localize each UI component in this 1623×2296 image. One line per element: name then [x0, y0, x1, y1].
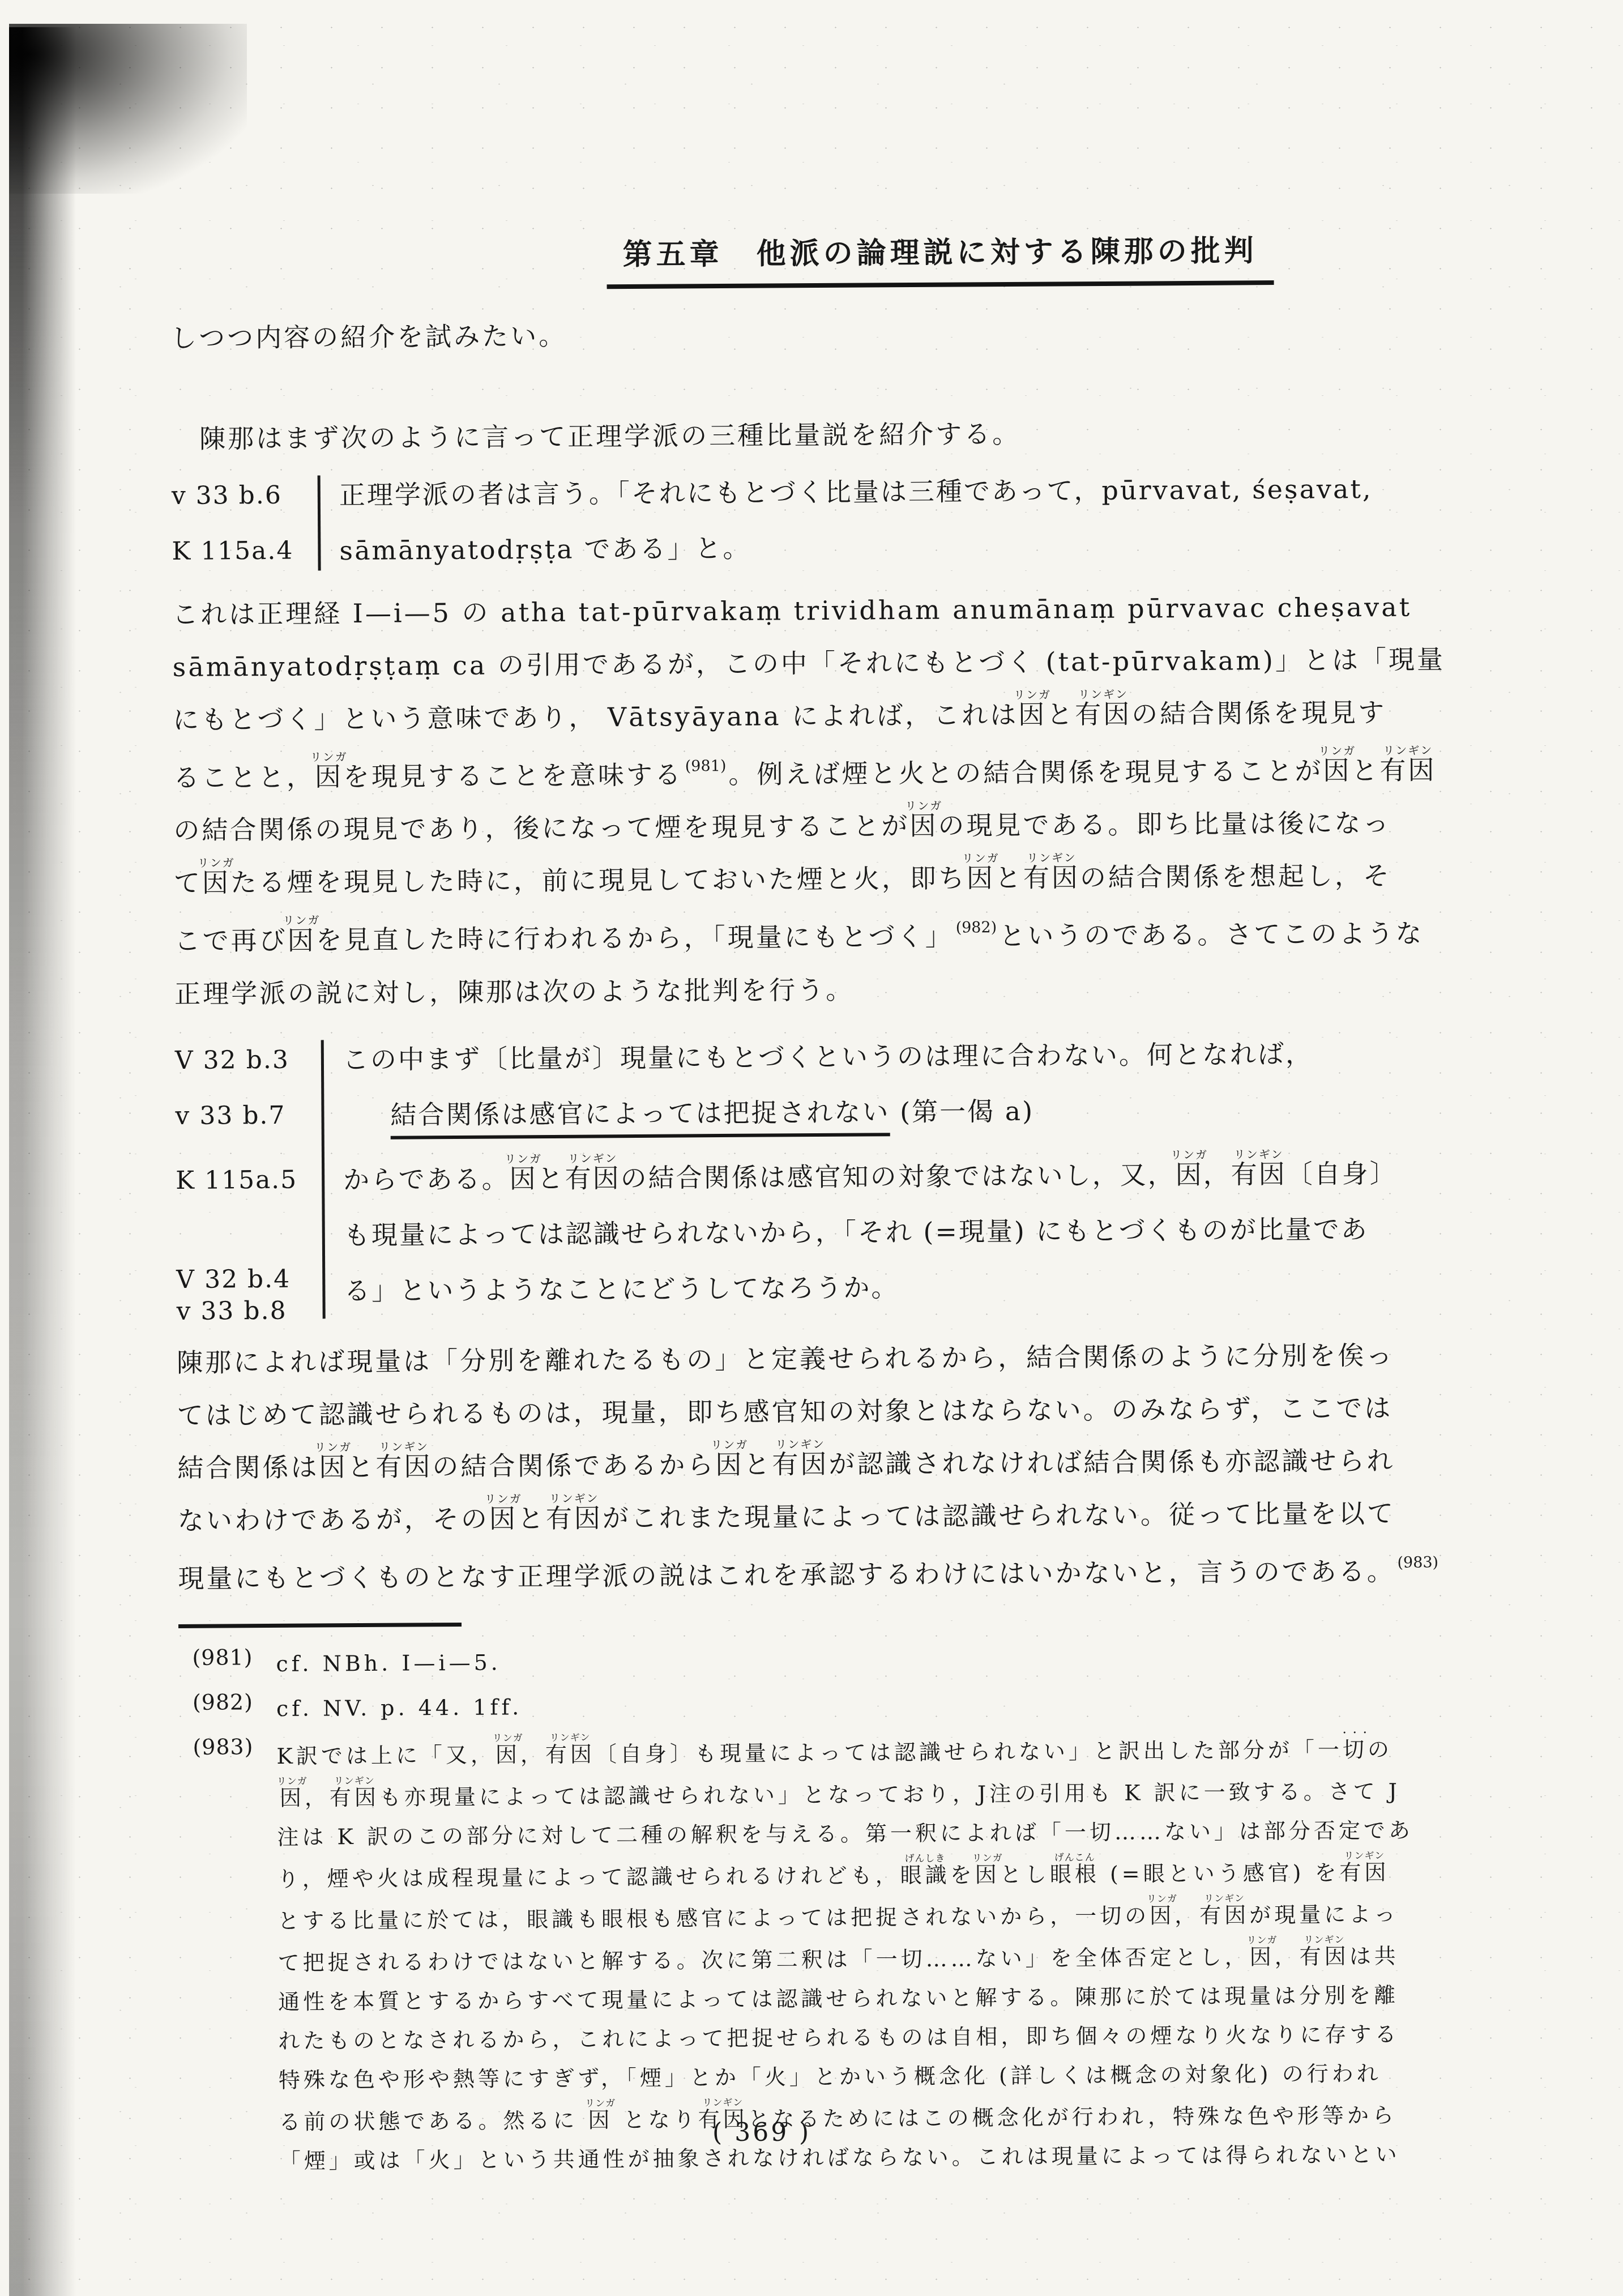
- footnote-line: 「煙」或は「火」という共通性が抽象されなければならない。これは現量によっては得ら…: [279, 2135, 1484, 2181]
- footnote-line: れたものとなされるから，これによって把捉せられるものは自相，即ち個々の煙なり火な…: [278, 2015, 1483, 2061]
- furigana-term: 眼識げんしき: [900, 1863, 950, 1888]
- quote-row: K 115a.4sāmānyatodṛṣṭa である」と。: [172, 516, 1475, 579]
- text-line: sāmānyatodṛṣṭaṃ ca の引用であるが，この中「それにもとづく (…: [172, 633, 1475, 694]
- text-line: てはじめて認識せられるものは，現量，即ち感官知の対象とはならない。のみならず，こ…: [177, 1381, 1480, 1442]
- furigana-term: 因リンガ: [909, 810, 938, 841]
- text-line: 現量にもとづくものとなす正理学派の説はこれを承認するわけにはいかないと，言うので…: [178, 1539, 1481, 1605]
- footnote-line: 注は K 訳のこの部分に対して二種の解釈を与える。第一釈によれば「一切……ない」…: [277, 1811, 1482, 1857]
- margin-ref-label: K 115a.4: [172, 523, 314, 579]
- scanned-book-page: 第五章 他派の論理説に対する陳那の批判 しつつ内容の紹介を試みたい。 陳那はまず…: [0, 0, 1623, 2296]
- footnote-body: K訳では上に「又，因リンガ，有因リンギン〔自身〕も現量によっては認識せられない」…: [276, 1727, 1484, 2181]
- footnote-body: cf. NV. p. 44. 1ff.: [276, 1682, 1481, 1729]
- furigana-term: 因リンガ: [202, 868, 230, 898]
- text-line: ないわけであるが，その因リンガと有因リンギンがこれまた現量によっては認識せられな…: [178, 1487, 1481, 1547]
- paragraph-2: 陳那によれば現量は「分別を離れたるもの」と定義せられるから，結合関係のように分別…: [177, 1329, 1481, 1605]
- footnote-line: cf. NBh. I—i—5.: [276, 1637, 1481, 1684]
- furigana-term: 有因リンギン: [1339, 1860, 1389, 1885]
- quote-text: この中まず〔比量が〕現量にもとづくというのは理に合わない。何となれば，: [317, 1026, 1314, 1087]
- furigana-term: 因リンガ: [287, 925, 315, 955]
- furigana-term: 一切の・・・: [1318, 1737, 1393, 1762]
- quote-row: V 32 b.3この中まず〔比量が〕現量にもとづくというのは理に合わない。何とな…: [175, 1025, 1478, 1089]
- furigana-term: 有因リンギン: [546, 1503, 603, 1534]
- margin-ref-label: K 115a.5: [176, 1152, 318, 1209]
- furigana-term: 有因リンギン: [772, 1449, 828, 1480]
- furigana-term: 因リンガ: [315, 761, 343, 792]
- footnote-number: (981): [192, 1645, 276, 1684]
- furigana-term: 有因リンギン: [330, 1785, 379, 1811]
- quote-row: v 33 b.7結合関係は感官によっては把捉されない (第一偈 a): [175, 1081, 1478, 1144]
- quote-text: sāmānyatodṛṣṭa である」と。: [313, 520, 750, 579]
- furigana-term: 有因リンギン: [375, 1451, 432, 1482]
- footnote: (982)cf. NV. p. 44. 1ff.: [193, 1682, 1481, 1729]
- furigana-term: 因リンガ: [975, 1862, 1000, 1887]
- text-line: 陳那によれば現量は「分別を離れたるもの」と定義せられるから，結合関係のように分別…: [177, 1329, 1480, 1389]
- footnote-line: とする比量に於ては，眼識も眼根も感官によっては把捉されないから，一切の因リンガ，…: [277, 1892, 1483, 1941]
- footnote: (983)K訳では上に「又，因リンガ，有因リンギン〔自身〕も現量によっては認識せ…: [193, 1727, 1484, 2182]
- quote-block-2: V 32 b.3この中まず〔比量が〕現量にもとづくというのは理に合わない。何とな…: [175, 1025, 1479, 1328]
- furigana-term: 有因リンギン: [1199, 1902, 1249, 1928]
- footnote-line: 特殊な色や形や熱等にすぎず，「煙」とか「火」とかいう概念化 (詳しくは概念の対象…: [279, 2054, 1484, 2100]
- furigana-term: 因リンガ: [715, 1449, 744, 1480]
- footnote-line: 通性を本質とするからすべて現量によっては認識せられないと解する。陳那に於ては現量…: [278, 1975, 1483, 2022]
- furigana-term: 有因リンギン: [1379, 755, 1436, 786]
- furigana-term: 因リンガ: [496, 1742, 520, 1767]
- chapter-title: 第五章 他派の論理説に対する陳那の批判: [607, 227, 1274, 289]
- footnote-line: 因リンガ，有因リンギンも亦現量によっては認識せられない」となっており，J注の引用…: [277, 1769, 1482, 1818]
- margin-ref-label: [176, 1207, 318, 1264]
- page-content: 第五章 他派の論理説に対する陳那の批判 しつつ内容の紹介を試みたい。 陳那はまず…: [170, 225, 1484, 2187]
- quote-row: K 115a.5からである。因リンガと有因リンギンの結合関係は感官知の対象ではな…: [176, 1145, 1479, 1209]
- opening-line: しつつ内容の紹介を試みたい。: [170, 313, 1473, 355]
- furigana-term: 有因リンギン: [1023, 863, 1080, 894]
- footnote-ref: (983): [1397, 1554, 1438, 1571]
- text-line: ることと，因リンガを現見することを意味する(981)。例えば煙と火との結合関係を…: [173, 739, 1476, 804]
- furigana-term: 有因リンギン: [1075, 699, 1131, 730]
- quote-text: も現量によっては認識せられないから，「それ (=現量) にもとづくものが比量であ: [318, 1201, 1369, 1263]
- quote-text: からである。因リンガと有因リンギンの結合関係は感官知の対象ではないし，又，因リン…: [317, 1145, 1398, 1207]
- quote-row: v 33 b.6正理学派の者は言う。「それにもとづく比量は三種であって，pūrv…: [172, 460, 1475, 524]
- footnotes-section: (981)cf. NBh. I—i—5.(982)cf. NV. p. 44. …: [192, 1637, 1484, 2182]
- text-line: にもとづく」という意味であり， Vātsyāyana によれば，これは因リンガと…: [173, 686, 1476, 746]
- footnote-line: り，煙や火は成程現量によって認識せられるけれども，眼識げんしきを因リンガとし眼根…: [277, 1850, 1483, 1899]
- scan-corner-artifact: [9, 24, 247, 194]
- margin-ref-label: v 33 b.6: [172, 467, 314, 524]
- margin-ref-label: V 32 b.4v 33 b.8: [176, 1263, 318, 1328]
- furigana-term: 眼根げんこん: [1050, 1862, 1100, 1887]
- furigana-term: 因リンガ: [319, 1452, 347, 1482]
- furigana-term: 因リンガ: [588, 2107, 613, 2132]
- footnote-number: (983): [193, 1734, 279, 2182]
- scan-binding-artifact: [9, 27, 76, 2296]
- footnote-line: K訳では上に「又，因リンガ，有因リンギン〔自身〕も現量によっては認識せられない」…: [276, 1727, 1481, 1776]
- footnote-line: る前の状態である。然るに 因リンガ となり有因リンギンとなるためにはこの概念化が…: [279, 2093, 1484, 2142]
- text-line: 結合関係は因リンガと有因リンギンの結合関係であるから因リンガと有因リンギンが認識…: [177, 1434, 1480, 1495]
- furigana-term: 有因リンギン: [565, 1163, 621, 1194]
- furigana-term: 因リンガ: [1250, 1944, 1275, 1969]
- quote-row: も現量によっては認識せられないから，「それ (=現量) にもとづくものが比量であ: [176, 1201, 1479, 1264]
- margin-ref-label: v 33 b.7: [175, 1087, 317, 1144]
- margin-ref-label: V 32 b.3: [175, 1032, 317, 1089]
- paragraph-1: これは正理経 I—i—5 の atha tat-pūrvakaṃ trividh…: [172, 581, 1477, 1021]
- furigana-term: 因リンガ: [1323, 756, 1351, 786]
- footnote-body: cf. NBh. I—i—5.: [276, 1637, 1481, 1684]
- text-line: 正理学派の説に対し，陳那は次のような批判を行う。: [174, 960, 1477, 1021]
- furigana-term: 有因リンギン: [1231, 1159, 1287, 1190]
- quote-block-1: v 33 b.6正理学派の者は言う。「それにもとづく比量は三種であって，pūrv…: [172, 460, 1475, 579]
- footnote-ref: (982): [956, 919, 997, 936]
- footnote-line: て把捉されるわけではないと解する。次に第二釈は「一切……ない」を全体否定とし，因…: [277, 1934, 1483, 1983]
- chapter-header: 第五章 他派の論理説に対する陳那の批判: [170, 225, 1473, 292]
- footnote-ref: (981): [685, 757, 727, 775]
- furigana-term: 因リンガ: [277, 1786, 305, 1811]
- quote-text: 結合関係は感官によっては把捉されない (第一偈 a): [317, 1083, 1034, 1143]
- intro-line: 陳那はまず次のように言って正理学派の三種比量説を紹介する。: [171, 414, 1473, 456]
- footnote-separator: [178, 1623, 462, 1628]
- text-span: 結合関係は感官によっては把捉されない: [390, 1096, 890, 1139]
- quote-row: V 32 b.4v 33 b.8る」というようなことにどうしてなろうか。: [176, 1256, 1479, 1328]
- text-line: の結合関係の現見であり，後になって煙を現見することが因リンガの現見である。即ち比…: [173, 796, 1476, 857]
- text-line: て因リンガたる煙を現見した時に，前に現見しておいた煙と火，即ち因リンガと有因リン…: [174, 849, 1477, 910]
- furigana-term: 因リンガ: [1018, 699, 1047, 730]
- furigana-term: 因リンガ: [510, 1163, 537, 1194]
- furigana-term: 因リンガ: [1176, 1159, 1203, 1190]
- text-line: これは正理経 I—i—5 の atha tat-pūrvakaṃ trividh…: [172, 581, 1475, 641]
- text-line: こで再び因リンガを見直した時に行われるから，「現量にもとづく」(982)というの…: [174, 902, 1477, 967]
- footnote-line: cf. NV. p. 44. 1ff.: [276, 1682, 1481, 1729]
- page-number: ( 369 ): [712, 2118, 811, 2147]
- furigana-term: 因リンガ: [967, 863, 995, 893]
- furigana-term: 有因リンギン: [545, 1742, 595, 1767]
- quote-text: る」というようなことにどうしてなろうか。: [318, 1260, 899, 1326]
- footnote: (981)cf. NBh. I—i—5.: [192, 1637, 1481, 1684]
- footnote-number: (982): [193, 1689, 276, 1729]
- furigana-term: 因リンガ: [1150, 1903, 1174, 1928]
- furigana-term: 有因リンギン: [1300, 1944, 1349, 1969]
- furigana-term: 因リンガ: [489, 1503, 518, 1534]
- quote-text: 正理学派の者は言う。「それにもとづく比量は三種であって，pūrvavat, śe…: [313, 461, 1373, 523]
